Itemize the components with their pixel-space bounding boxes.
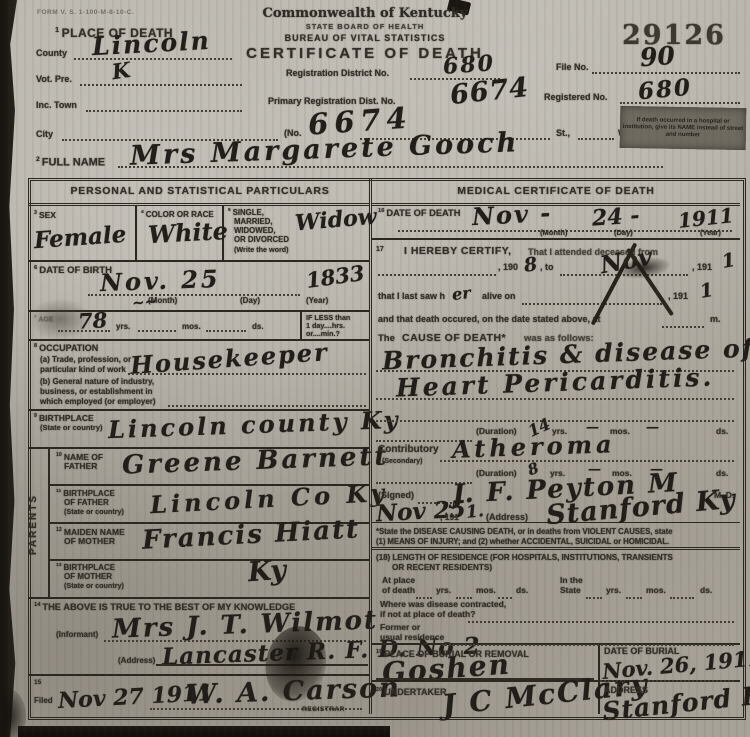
undertaker-heading: 20UNDERTAKER [376, 687, 447, 697]
father-birthplace-label-2: OF FATHER [64, 498, 109, 507]
color-num: 4 [141, 210, 144, 215]
mother-birthplace-value: Ky [247, 555, 287, 589]
age-mos-label: mos. [182, 322, 201, 331]
hospital-note-box: If death occurred in a hospital or insti… [620, 106, 747, 150]
mother-birthplace-label-3: (State or country) [64, 581, 124, 590]
rule [372, 547, 740, 550]
precinct-label: Vot. Pre. [36, 74, 72, 84]
residence-state-label: State [560, 585, 581, 595]
marital-label-1: SINGLE, [233, 208, 264, 217]
residence-ds-2: ds. [700, 585, 712, 595]
residence-contracted-1: Where was disease contracted, [380, 599, 506, 609]
residence-dots-4 [586, 589, 602, 599]
footnote-line1: *State the DISEASE CAUSING DEATH, or in … [376, 527, 672, 536]
color-value: White [147, 216, 228, 249]
father-birthplace-num: 11 [56, 489, 61, 494]
age-heading: 7AGE [34, 314, 54, 323]
age-num: 7 [34, 314, 36, 319]
birthplace-num: 9 [34, 413, 37, 419]
residence-contracted-dots [468, 613, 734, 623]
signed-year-print: , 191 [440, 512, 459, 522]
precinct-dotted-line [80, 76, 242, 86]
dob-num: 6 [34, 265, 37, 271]
dod-heading: 16DATE OF DEATH [378, 208, 460, 218]
certify-line3-mid: alive on [482, 291, 516, 301]
file-no-dots [592, 64, 740, 74]
registration-district-label: Registration District No. [286, 68, 389, 78]
file-no-label: File No. [556, 62, 589, 72]
dod-month-sublabel: (Month) [540, 228, 567, 237]
full-name-num: 2 [36, 156, 40, 163]
occupation-a-line2: particular kind of work [40, 365, 126, 374]
parents-vertical-label: PARENTS [28, 458, 46, 590]
sex-label: SEX [39, 210, 56, 220]
undertaker-num: 20 [376, 687, 382, 693]
certify-line3-pre: that I last saw h [378, 291, 445, 301]
certify-num: 17 [376, 246, 384, 253]
father-birthplace-heading: 11BIRTHPLACE [56, 489, 115, 498]
informant-address-underline [156, 656, 368, 666]
occupation-heading: 8OCCUPATION [34, 343, 98, 353]
occupation-num: 8 [34, 343, 37, 349]
certify-line3-year-print: , 191 [668, 291, 688, 301]
signed-year-hw: 1. [465, 501, 485, 523]
residence-heading-line2: OR RECENT RESIDENTS) [392, 563, 492, 572]
burial-num: 19 [376, 649, 382, 655]
age-ds-label: ds. [252, 322, 264, 331]
county-label: County [36, 48, 67, 58]
dod-year-sublabel: (Year) [700, 228, 721, 237]
dob-dots [88, 286, 300, 296]
personal-section-title: PERSONAL AND STATISTICAL PARTICULARS [31, 185, 369, 197]
dod-label: DATE OF DEATH [386, 208, 460, 218]
residence-dots-1 [416, 589, 432, 599]
residence-in-the: In the [560, 575, 583, 585]
residence-contracted-2: if not at place of death? [380, 609, 475, 619]
marital-label-2: MARRIED, [234, 217, 273, 226]
signed-address-label: (Address) [486, 512, 528, 522]
birthplace-sublabel: (State or country) [40, 423, 103, 432]
marital-label-4: OR DIVORCED [234, 235, 289, 244]
certify-from-dots [378, 266, 496, 276]
form-number: FORM V. S. 1-100-M-8-10-C. [37, 9, 134, 16]
residence-dots-3 [498, 589, 512, 599]
marital-heading-l1: 5SINGLE, [228, 208, 264, 217]
inc-town-label: Inc. Town [36, 100, 77, 110]
father-birthplace-label-1: BIRTHPLACE [63, 489, 115, 498]
residence-yrs-1: yrs. [436, 585, 451, 595]
father-name-num: 10 [56, 452, 62, 458]
age-squiggle: ~~ [131, 292, 158, 313]
full-name-heading: 2FULL NAME [36, 156, 105, 169]
undertaker-label: UNDERTAKER [384, 687, 446, 697]
cause-label-pre: The [378, 333, 395, 344]
place-of-death-num: 1 [55, 25, 60, 34]
residence-title-1: LENGTH OF RESIDENCE (FOR HOSPITALS, INST… [392, 553, 672, 562]
residence-former-2: usual residence [380, 632, 444, 642]
certify-line3-hw: er [451, 283, 471, 304]
scan-corner-blob [0, 688, 26, 737]
marital-num: 5 [228, 208, 231, 213]
residence-at-place-2: of death [382, 585, 415, 595]
footnote-line2: (1) MEANS OF INJURY; and (2) whether ACC… [376, 537, 669, 546]
registered-no-dots [620, 94, 740, 104]
certify-from-year-print: , 190 [498, 262, 518, 272]
city-st-dots [578, 130, 614, 140]
bureau-heading: BUREAU OF VITAL STATISTICS [240, 33, 490, 43]
marital-label-5: (Write the word) [234, 245, 289, 254]
father-name-label-2: FATHER [64, 461, 97, 471]
hospital-note-text: If death occurred in a hospital or insti… [620, 114, 746, 141]
sex-num: 3 [34, 210, 37, 216]
age-yrs-label: yrs. [116, 322, 130, 331]
marital-label-3: WIDOWED, [234, 226, 276, 235]
certify-line3-dots [522, 295, 662, 305]
certify-bold: I HEREBY CERTIFY, [404, 245, 512, 257]
scan-edge-strip [0, 0, 17, 737]
sex-heading: 3SEX [34, 210, 56, 220]
informant-label: (Informant) [56, 630, 98, 639]
city-st-label: St., [556, 128, 570, 138]
residence-dots-2 [456, 589, 472, 599]
cause-dots-3 [376, 412, 734, 422]
rule [28, 260, 370, 262]
city-label: City [36, 129, 53, 139]
death-certificate-scan: FORM V. S. 1-100-M-8-10-C. 1PLACE OF DEA… [0, 0, 750, 737]
age-dots-2 [138, 322, 176, 332]
certify-line4: and that death occured, on the date stat… [378, 314, 601, 324]
certify-from-year-hw: 8 [523, 253, 539, 277]
occupation-b-line3: which employed (or employer) [40, 397, 156, 406]
filed-label: Filed [34, 696, 53, 705]
residence-heading-line1: (18) LENGTH OF RESIDENCE (FOR HOSPITALS,… [376, 553, 673, 562]
residence-at-place-1: At place [382, 575, 415, 585]
informant-address-label: (Address) [118, 656, 155, 665]
registrar-label: REGISTRAR [302, 706, 345, 713]
cell-divider [300, 311, 302, 339]
residence-ds-1: ds. [516, 585, 528, 595]
rule [28, 597, 370, 599]
dod-num: 16 [378, 208, 384, 214]
occupation-a-dots [128, 365, 366, 375]
residence-mos-1: mos. [476, 585, 496, 595]
mother-birthplace-label-1: BIRTHPLACE [64, 563, 116, 572]
rule [48, 559, 370, 561]
mother-birthplace-heading: 13BIRTHPLACE [56, 563, 115, 572]
registered-no-label: Registered No. [544, 92, 608, 102]
contributory-sublabel: (Secondary) [382, 458, 422, 465]
dob-year-sublabel: (Year) [306, 296, 328, 305]
occupation-label: OCCUPATION [39, 343, 98, 353]
dob-day-sublabel: (Day) [240, 296, 260, 305]
mother-birthplace-num: 13 [56, 563, 62, 568]
residence-dots-6 [670, 589, 694, 599]
medical-section-title: MEDICAL CERTIFICATE OF DEATH [372, 185, 740, 197]
cause-ds-label: ds. [716, 426, 728, 436]
occupation-b-dots [168, 397, 366, 407]
full-name-dots [118, 158, 663, 168]
mother-maiden-num: 12 [56, 527, 62, 533]
inc-town-dotted-line [86, 102, 242, 112]
father-birthplace-label-3: (State or country) [64, 507, 124, 516]
residence-former-dots [442, 636, 734, 646]
header-rule-right [372, 203, 740, 206]
dod-day-sublabel: (Day) [614, 228, 633, 237]
residence-mos-2: mos. [646, 585, 666, 595]
occupation-a-line1: (a) Trade, profession, or [40, 355, 131, 364]
mother-maiden-label-2: OF MOTHER [64, 536, 115, 546]
occupation-b-line2: business, or establishment in [40, 387, 152, 396]
age-label: AGE [38, 316, 53, 323]
residence-former-1: Former or [380, 622, 420, 632]
scan-bottom-bar [18, 726, 390, 737]
cause-dots-2 [376, 390, 734, 400]
cause-duration-dash2: — [646, 420, 659, 435]
mother-birthplace-label-2: OF MOTHER [64, 572, 112, 581]
cell-divider [135, 206, 137, 260]
certify-to-word: , to [540, 262, 554, 272]
residence-num: (18) [376, 553, 390, 562]
contributory-dots [440, 452, 734, 462]
certify-line4-end: m. [710, 314, 721, 324]
birthplace-label: BIRTHPLACE [39, 413, 94, 423]
occupation-b-line1: (b) General nature of industry, [40, 377, 154, 386]
birthplace-heading: 9BIRTHPLACE [34, 413, 94, 423]
certify-line4-dots [662, 318, 704, 328]
certify-to-year-print: , 191 [692, 262, 712, 272]
contributory-label: Contributory [378, 444, 439, 455]
residence-yrs-2: yrs. [606, 585, 621, 595]
rule [372, 238, 740, 240]
contributory-ds-label: ds. [716, 468, 728, 478]
state-board-heading: STATE BOARD OF HEALTH [240, 22, 490, 31]
commonwealth-heading: Commonwealth of Kentucky [240, 6, 490, 21]
age-dots-3 [206, 322, 246, 332]
attestation-num: 14 [34, 602, 40, 608]
age-dots-1 [58, 322, 110, 332]
filed-num: 15 [34, 679, 41, 686]
full-name-label: FULL NAME [42, 157, 105, 169]
county-dotted-line [74, 50, 232, 60]
residence-dots-5 [626, 589, 642, 599]
header-rule-left [28, 203, 370, 206]
